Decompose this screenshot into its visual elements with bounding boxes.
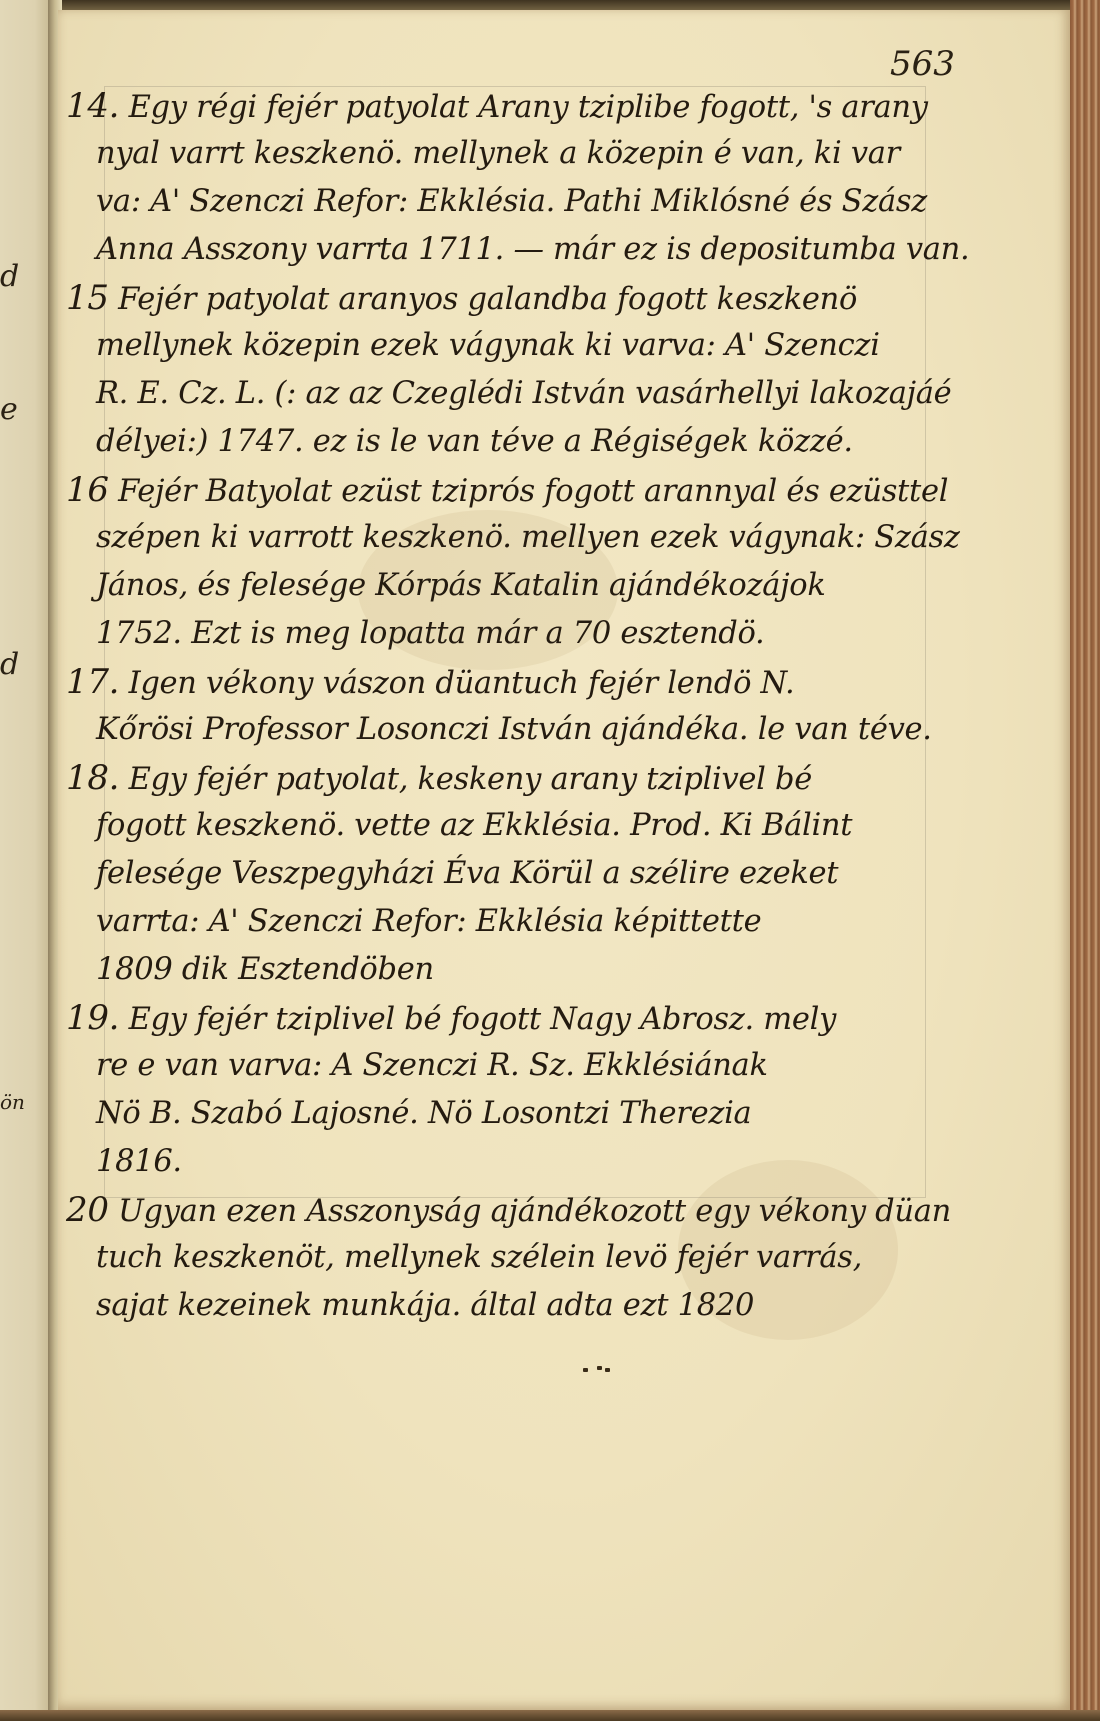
entry-number: 18. [66,754,119,802]
entry-line: mellynek közepin ezek vágynak ki varva: … [66,322,946,370]
entry-number: 19. [66,994,119,1042]
entry-line: délyei:) 1747. ez is le van téve a Régis… [66,418,946,466]
entry-line: Anna Asszony varrta 1711. — már ez is de… [66,226,946,274]
entry-line: tuch keszkenöt, mellynek szélein levö fe… [66,1234,946,1282]
entry-number: 17. [66,658,119,706]
left-page-fragment: e [0,395,18,425]
entry-16: 16 Fejér Batyolat ezüst tziprós fogott a… [66,466,946,658]
entry-line: 15 Fejér patyolat aranyos galandba fogot… [66,274,946,322]
left-page-fragment: d [0,650,19,680]
entry-line: felesége Veszpegyházi Éva Körül a szélir… [66,850,946,898]
entry-line: sajat kezeinek munkája. által adta ezt 1… [66,1282,946,1330]
entry-19: 19. Egy fejér tziplivel bé fogott Nagy A… [66,994,946,1186]
entry-line: fogott keszkenö. vette az Ekklésia. Prod… [66,802,946,850]
entry-line: szépen ki varrott keszkenö. mellyen ezek… [66,514,946,562]
page-number: 563 [890,44,955,84]
entry-line: 19. Egy fejér tziplivel bé fogott Nagy A… [66,994,946,1042]
entry-15: 15 Fejér patyolat aranyos galandba fogot… [66,274,946,466]
entry-number: 16 [66,466,109,514]
book-page-edges [1070,0,1100,1721]
entry-line: nyal varrt keszkenö. mellynek a közepin … [66,130,946,178]
register-entries: 14. Egy régi fejér patyolat Arany tzipli… [66,82,946,1330]
entry-line: 1816. [66,1138,946,1186]
entry-20: 20 Ugyan ezen Asszonyság ajándékozott eg… [66,1186,946,1330]
entry-line: 20 Ugyan ezen Asszonyság ajándékozott eg… [66,1186,946,1234]
entry-line: R. E. Cz. L. (: az az Czeglédi István va… [66,370,946,418]
entry-number: 14. [66,82,119,130]
entry-line: va: A' Szenczi Refor: Ekklésia. Pathi Mi… [66,178,946,226]
entry-line: 17. Igen vékony vászon düantuch fejér le… [66,658,946,706]
entry-number: 15 [66,274,109,322]
entry-line: 14. Egy régi fejér patyolat Arany tzipli… [66,82,946,130]
entry-line: 1752. Ezt is meg lopatta már a 70 eszten… [66,610,946,658]
entry-line: Kőrösi Professor Losonczi István ajándék… [66,706,946,754]
entry-line: 18. Egy fejér patyolat, keskeny arany tz… [66,754,946,802]
left-page-fragment: ön [0,1092,25,1112]
entry-line: re e van varva: A Szenczi R. Sz. Ekklési… [66,1042,946,1090]
entry-line: Nö B. Szabó Lajosné. Nö Losontzi Therezi… [66,1090,946,1138]
entry-number: 20 [66,1186,109,1234]
entry-line: varrta: A' Szenczi Refor: Ekklésia képit… [66,898,946,946]
entry-line: 1809 dik Esztendöben [66,946,946,994]
entry-14: 14. Egy régi fejér patyolat Arany tzipli… [66,82,946,274]
entry-line: János, és felesége Kórpás Katalin ajándé… [66,562,946,610]
ink-specks [583,1368,613,1374]
entry-18: 18. Egy fejér patyolat, keskeny arany tz… [66,754,946,994]
left-page-fragment: d [0,262,19,292]
entry-line: 16 Fejér Batyolat ezüst tziprós fogott a… [66,466,946,514]
book-bottom-edge [0,1710,1100,1721]
entry-17: 17. Igen vékony vászon düantuch fejér le… [66,658,946,754]
